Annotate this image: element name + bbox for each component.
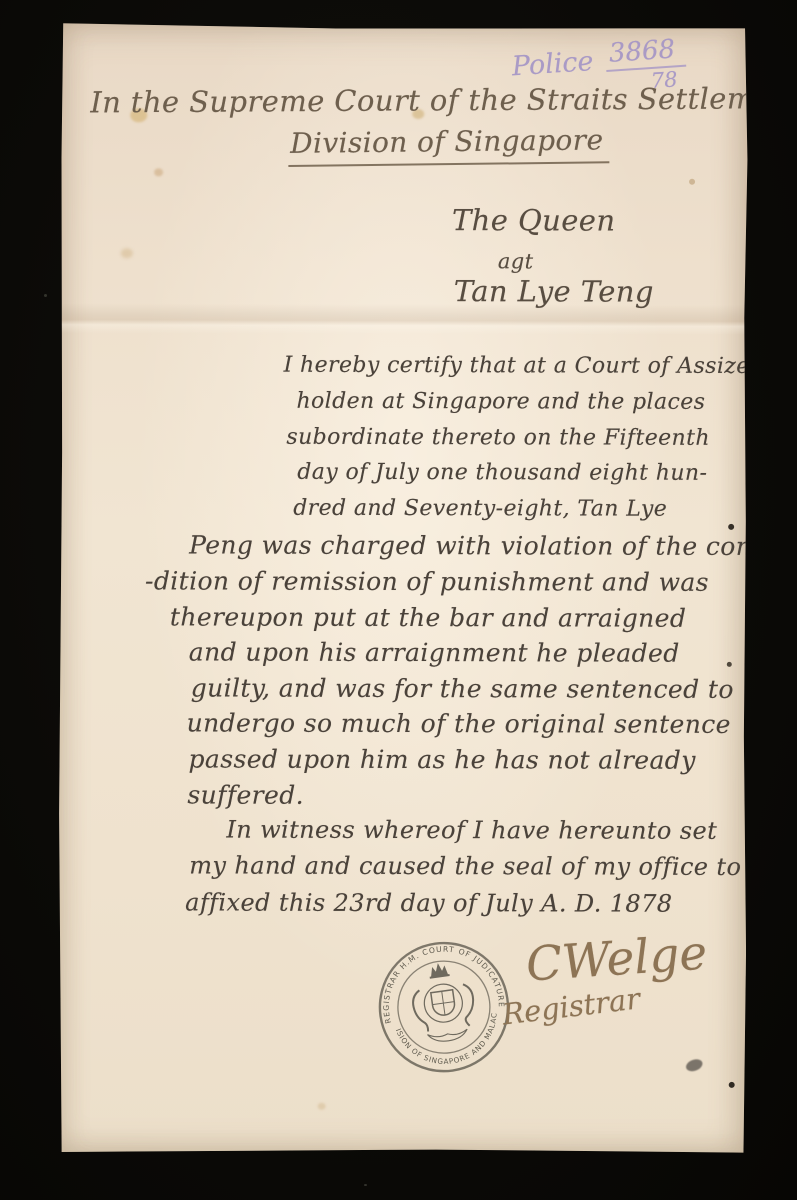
stain bbox=[154, 168, 163, 176]
ink-smudge bbox=[684, 1057, 704, 1073]
registrar-title: Registrar bbox=[500, 981, 641, 1031]
svg-text:REGISTRAR H.M. COURT OF JUDICA: REGISTRAR H.M. COURT OF JUDICATURE bbox=[374, 937, 507, 1025]
stain bbox=[121, 248, 133, 258]
seal-arc-top-text: REGISTRAR H.M. COURT OF JUDICATURE bbox=[374, 937, 507, 1025]
registrar-signature: CWelge bbox=[524, 926, 708, 993]
case-plaintiff: The Queen bbox=[452, 203, 616, 237]
ink-dot bbox=[727, 662, 732, 667]
case-defendant: Tan Lye Teng bbox=[454, 274, 654, 309]
body-line: passed upon him as he has not already bbox=[189, 744, 696, 774]
body-line: holden at Singapore and the places bbox=[296, 389, 705, 415]
stain bbox=[318, 1103, 326, 1110]
division-title: Division of Singapore bbox=[288, 123, 610, 167]
court-title: In the Supreme Court of the Straits Sett… bbox=[90, 81, 797, 120]
body-line: dred and Seventy-eight, Tan Lye bbox=[293, 496, 667, 522]
body-line: guilty, and was for the same sentenced t… bbox=[191, 673, 734, 703]
ink-dot bbox=[729, 1082, 735, 1088]
body-line: -dition of remission of punishment and w… bbox=[145, 566, 709, 596]
stain bbox=[689, 179, 695, 185]
ink-dot bbox=[728, 524, 734, 530]
court-seal-graphic: REGISTRAR H.M. COURT OF JUDICATURE DIVIS… bbox=[367, 930, 520, 1083]
body-line: undergo so much of the original sentence bbox=[187, 708, 731, 738]
attestation-line: affixed this 23rd day of July A. D. 1878 bbox=[185, 888, 672, 917]
annotation-label: Police bbox=[511, 46, 595, 82]
body-line: suffered. bbox=[187, 780, 304, 809]
body-line: thereupon put at the bar and arraigned bbox=[170, 602, 686, 632]
photo-background: Police 3868 78 In the Supreme Court of t… bbox=[0, 0, 797, 1200]
document-paper: Police 3868 78 In the Supreme Court of t… bbox=[58, 22, 749, 1155]
attestation-line: my hand and caused the seal of my office… bbox=[189, 851, 741, 880]
case-versus: agt bbox=[498, 249, 534, 273]
body-line: Peng was charged with violation of the c… bbox=[189, 530, 752, 560]
attestation-line: In witness whereof I have hereunto set bbox=[226, 816, 717, 845]
royal-coat-of-arms-icon bbox=[408, 960, 478, 1045]
body-line: and upon his arraignment he pleaded bbox=[189, 637, 680, 667]
body-line: subordinate thereto on the Fifteenth bbox=[286, 425, 710, 451]
background-speck bbox=[364, 1184, 367, 1186]
background-speck bbox=[44, 294, 47, 297]
body-line: day of July one thousand eight hun- bbox=[297, 460, 707, 486]
court-seal-stamp: REGISTRAR H.M. COURT OF JUDICATURE DIVIS… bbox=[367, 930, 520, 1083]
body-line: I hereby certify that at a Court of Assi… bbox=[284, 353, 750, 379]
